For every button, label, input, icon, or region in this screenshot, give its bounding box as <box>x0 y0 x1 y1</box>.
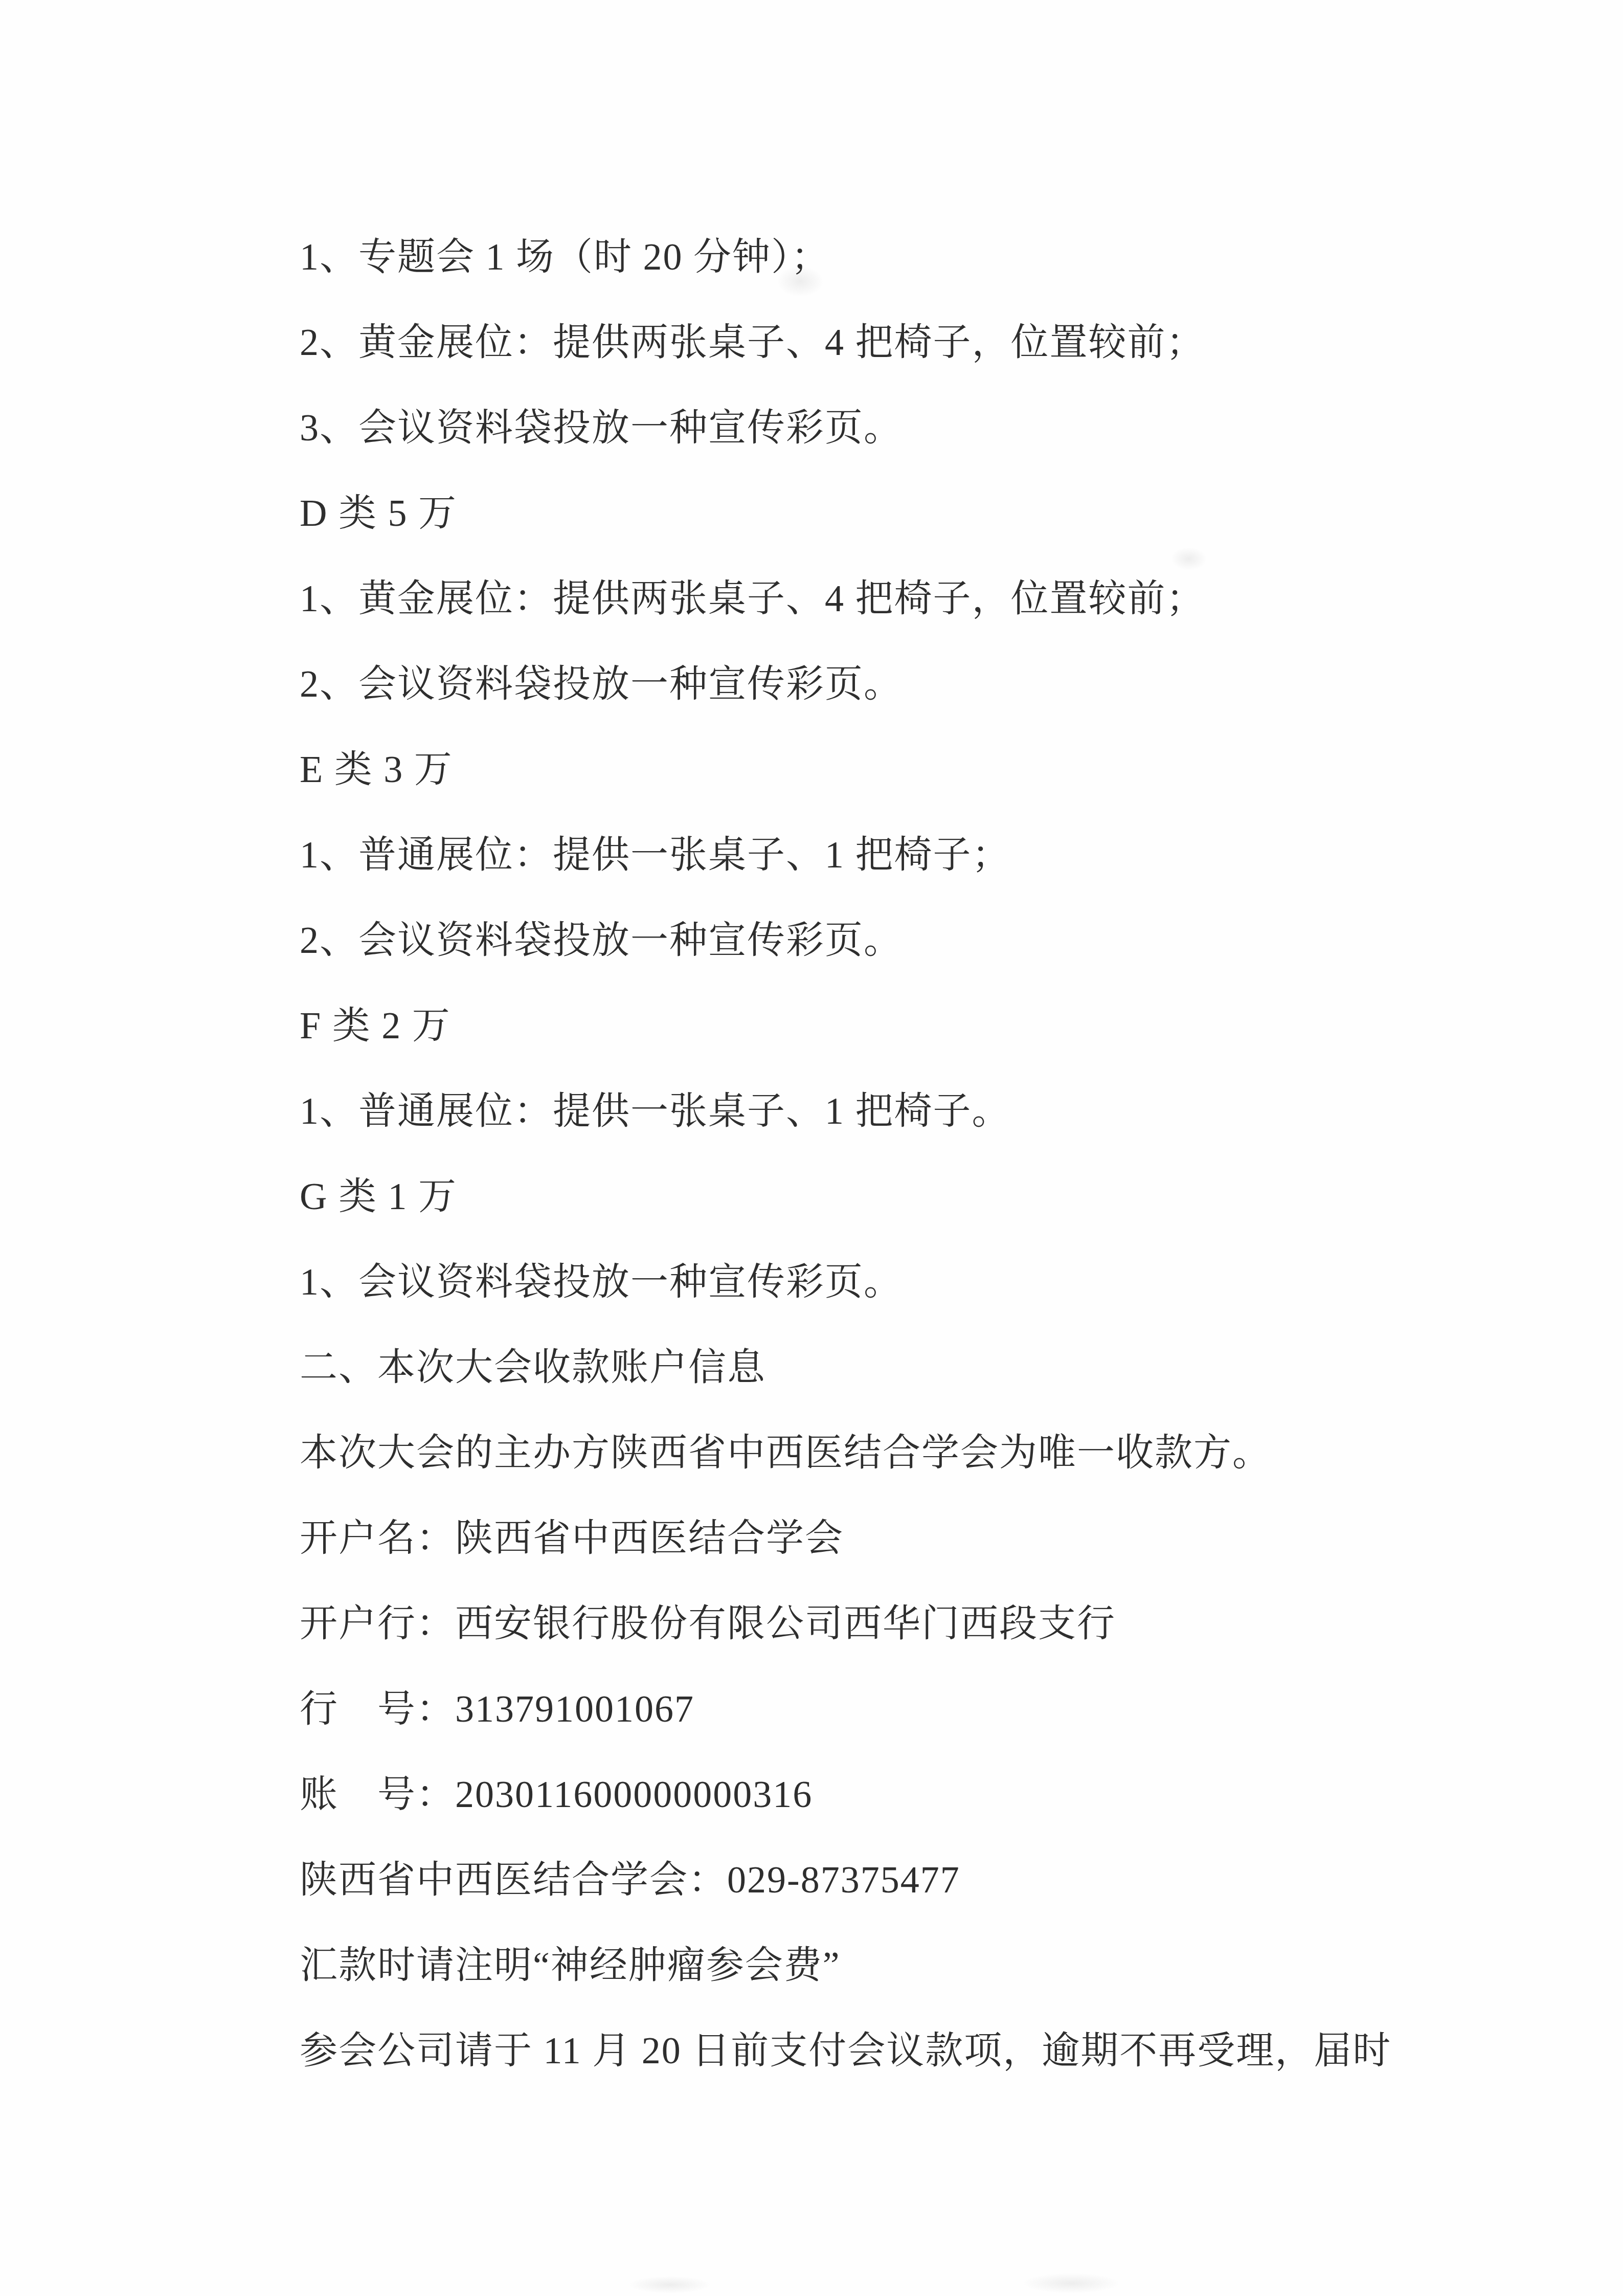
payee-note: 本次大会的主办方陕西省中西医结合学会为唯一收款方。 <box>300 1411 1425 1496</box>
document-body: 1、专题会 1 场（时 20 分钟）； 2、黄金展位：提供两张桌子、4 把椅子，… <box>300 215 1425 2094</box>
item-flyer: 1、会议资料袋投放一种宣传彩页。 <box>300 1240 1425 1325</box>
field-account-number: 账 号：203011600000000316 <box>300 1752 1425 1838</box>
item-flyer: 2、会议资料袋投放一种宣传彩页。 <box>300 898 1425 984</box>
item-standard-booth: 1、普通展位：提供一张桌子、1 把椅子。 <box>300 1069 1425 1154</box>
tier-g-heading: G 类 1 万 <box>300 1154 1425 1240</box>
contact-phone: 陕西省中西医结合学会：029-87375477 <box>300 1838 1425 1923</box>
item-flyer: 2、会议资料袋投放一种宣传彩页。 <box>300 642 1425 727</box>
tier-f-heading: F 类 2 万 <box>300 984 1425 1069</box>
field-bank-number: 行 号：313791001067 <box>300 1667 1425 1752</box>
tier-e-heading: E 类 3 万 <box>300 727 1425 813</box>
section-2-heading: 二、本次大会收款账户信息 <box>300 1325 1425 1411</box>
scan-artifact <box>629 2276 711 2293</box>
payment-deadline-note: 参会公司请于 11 月 20 日前支付会议款项，逾期不再受理，届时 <box>300 2009 1425 2094</box>
item-gold-booth: 2、黄金展位：提供两张桌子、4 把椅子，位置较前； <box>300 300 1425 386</box>
item-flyer: 3、会议资料袋投放一种宣传彩页。 <box>300 386 1425 471</box>
remittance-note: 汇款时请注明“神经肿瘤参会费” <box>300 1923 1425 2009</box>
item-symposium: 1、专题会 1 场（时 20 分钟）； <box>300 215 1425 300</box>
item-gold-booth: 1、黄金展位：提供两张桌子、4 把椅子，位置较前； <box>300 556 1425 642</box>
document-page: 1、专题会 1 场（时 20 分钟）； 2、黄金展位：提供两张桌子、4 把椅子，… <box>0 0 1623 2296</box>
item-standard-booth: 1、普通展位：提供一张桌子、1 把椅子； <box>300 813 1425 898</box>
field-account-name: 开户名：陕西省中西医结合学会 <box>300 1496 1425 1581</box>
field-bank-name: 开户行：西安银行股份有限公司西华门西段支行 <box>300 1581 1425 1667</box>
scan-artifact <box>1023 2273 1120 2293</box>
tier-d-heading: D 类 5 万 <box>300 471 1425 556</box>
